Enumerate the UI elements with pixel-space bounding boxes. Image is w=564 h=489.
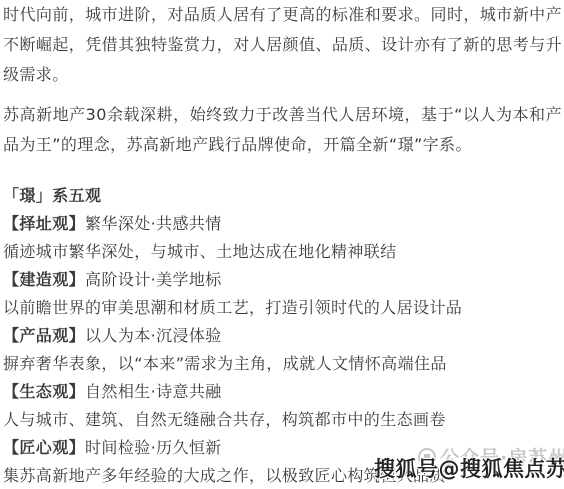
view-title-product: 【产品观】以人为本·沉浸体验	[3, 322, 562, 350]
view-label: 【生态观】	[3, 382, 85, 401]
view-tagline: 高阶设计·美学地标	[85, 270, 222, 289]
view-desc: 摒弃奢华表象，以“本来”需求为主角，成就人文情怀高端住品	[3, 350, 562, 378]
section-heading: 「璟」系五观	[3, 182, 562, 210]
view-tagline: 以人为本·沉浸体验	[85, 326, 222, 345]
view-title-build: 【建造观】高阶设计·美学地标	[3, 266, 562, 294]
watermark-sohu: 搜狐号@搜狐焦点苏州站	[374, 453, 564, 483]
view-label: 【择址观】	[3, 214, 85, 233]
view-label: 【匠心观】	[3, 438, 85, 457]
view-desc: 人与城市、建筑、自然无缝融合共存，构筑都市中的生态画卷	[3, 406, 562, 434]
intro-paragraph-2: 苏高新地产30余载深耕，始终致力于改善当代人居环境，基于“以人为本和产品为王”的…	[3, 100, 562, 160]
view-tagline: 时间检验·历久恒新	[85, 438, 222, 457]
view-label: 【产品观】	[3, 326, 85, 345]
view-tagline: 自然相生·诗意共融	[85, 382, 222, 401]
view-desc: 循迹城市繁华深处，与城市、土地达成在地化精神联结	[3, 238, 562, 266]
view-desc: 以前瞻世界的审美思潮和材质工艺，打造引领时代的人居设计品	[3, 294, 562, 322]
view-tagline: 繁华深处·共感共情	[85, 214, 222, 233]
intro-paragraph-1: 时代向前，城市进阶，对品质人居有了更高的标准和要求。同时，城市新中产不断崛起，凭…	[3, 0, 562, 90]
view-title-site: 【择址观】繁华深处·共感共情	[3, 210, 562, 238]
article-page: 时代向前，城市进阶，对品质人居有了更高的标准和要求。同时，城市新中产不断崛起，凭…	[0, 0, 564, 489]
view-title-ecology: 【生态观】自然相生·诗意共融	[3, 378, 562, 406]
view-label: 【建造观】	[3, 270, 85, 289]
